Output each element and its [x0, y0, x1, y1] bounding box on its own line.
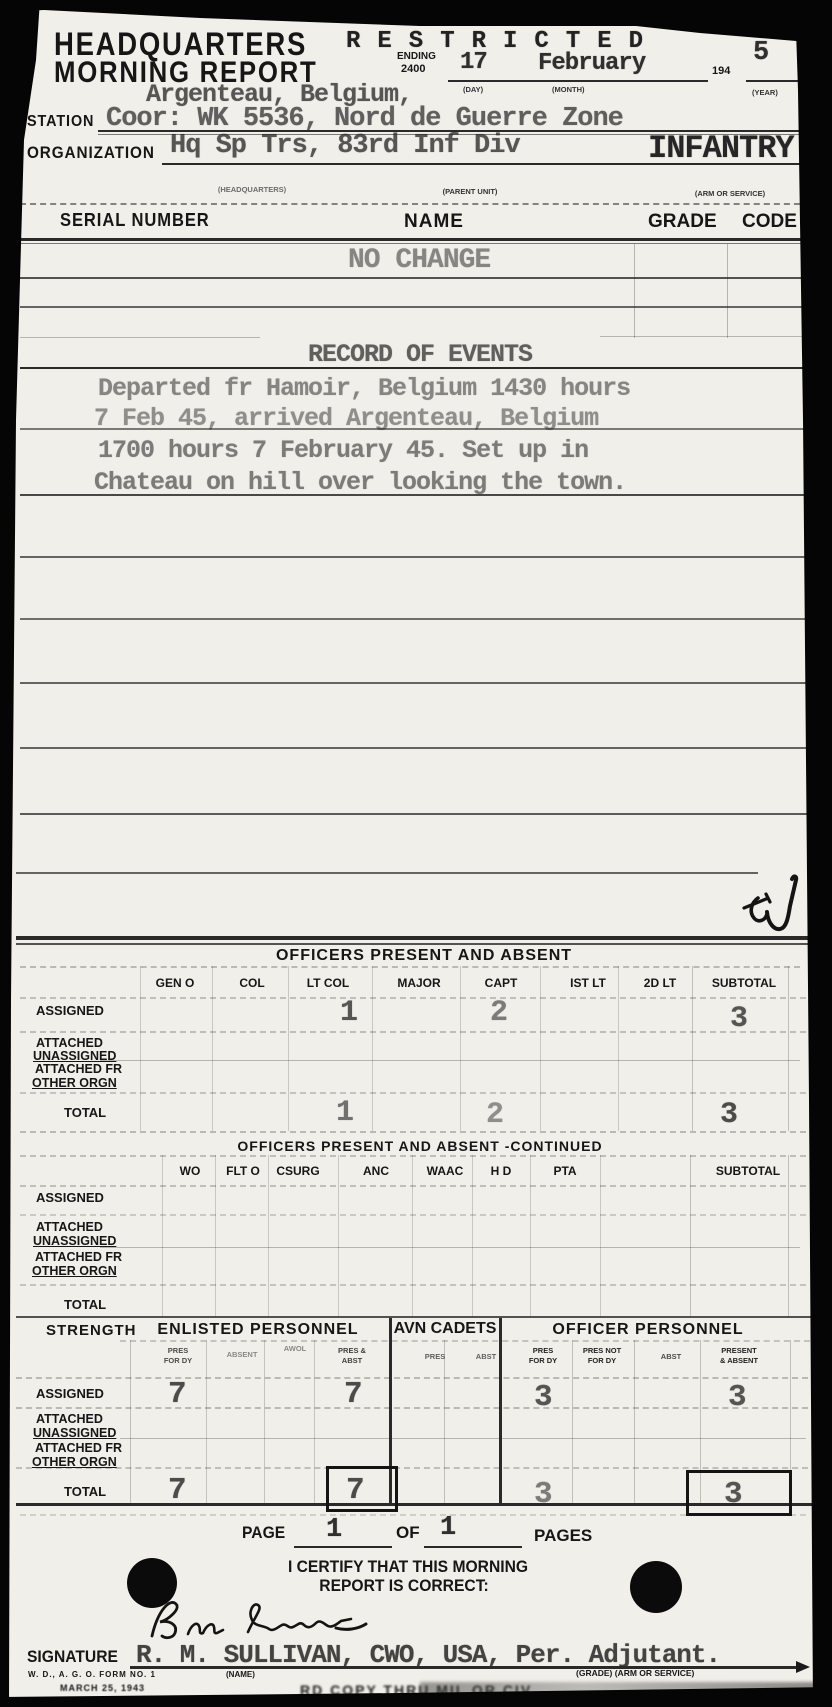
row-label: ATTACHED — [36, 1221, 103, 1234]
table-cell-value: 7 — [168, 1379, 186, 1410]
pages-label: PAGES — [534, 1527, 592, 1544]
column-divider — [288, 966, 289, 1131]
row-label: UNASSIGNED — [33, 1427, 116, 1440]
group-header: OFFICER PERSONNEL — [552, 1322, 743, 1338]
column-divider — [206, 1340, 207, 1503]
ruled-line — [130, 1666, 802, 1669]
ruled-line — [18, 243, 812, 244]
headquarters-sublabel: (HEADQUARTERS) — [218, 186, 286, 194]
scanned-morning-report-page: HEADQUARTERS RESTRICTED MORNING REPORT E… — [0, 0, 832, 1707]
table-cell-value: 1 — [336, 1098, 353, 1128]
table-cell-value: 7 — [344, 1379, 362, 1410]
strength-label: STRENGTH — [46, 1323, 137, 1338]
ruled-line — [16, 1316, 812, 1318]
column-header: CSURG — [276, 1165, 319, 1177]
column-divider — [460, 966, 461, 1131]
ruled-line — [20, 1214, 806, 1216]
column-divider — [444, 1340, 445, 1503]
form-number: W. D., A. G. O. FORM NO. 1 — [28, 1671, 156, 1679]
column-divider — [788, 1155, 789, 1316]
ruled-line — [16, 943, 816, 945]
ruled-line — [20, 367, 810, 369]
certify-line1: I CERTIFY THAT THIS MORNING — [288, 1558, 528, 1575]
name-sublabel: (NAME) — [226, 1671, 255, 1679]
column-header: COL — [239, 977, 264, 989]
row-label: ASSIGNED — [36, 1191, 104, 1204]
ruled-line — [120, 1438, 806, 1439]
column-divider — [530, 1155, 531, 1316]
column-divider — [412, 1155, 413, 1316]
ruled-line — [16, 1407, 808, 1409]
name-header: NAME — [404, 212, 464, 231]
column-divider — [268, 1155, 269, 1316]
subcolumn-header: PRES NOT FOR DY — [583, 1346, 621, 1366]
ruled-line — [16, 872, 758, 874]
ruled-line — [294, 1546, 392, 1548]
column-divider — [540, 966, 541, 1131]
row-label: ATTACHED FR — [35, 1251, 122, 1264]
ruled-line — [20, 203, 810, 205]
column-divider — [600, 1155, 601, 1316]
row-label: TOTAL — [64, 1298, 106, 1311]
handwritten-signature — [140, 1594, 375, 1646]
ending-time: 2400 — [401, 64, 425, 75]
column-divider — [215, 1155, 216, 1316]
column-divider — [130, 1340, 131, 1503]
column-divider — [140, 966, 141, 1131]
row-label: ASSIGNED — [36, 1004, 104, 1017]
ruled-line — [20, 1185, 806, 1187]
hole-punch-right — [630, 1561, 682, 1613]
year-prefix: 194 — [712, 66, 730, 77]
ruled-line — [20, 618, 812, 620]
column-divider — [472, 1155, 473, 1316]
column-divider — [372, 966, 373, 1131]
ruled-line — [20, 494, 810, 496]
total-pages: 1 — [440, 1515, 455, 1542]
row-label: TOTAL — [64, 1106, 106, 1119]
ruled-line — [100, 1060, 800, 1061]
smudge-wash — [420, 1682, 830, 1700]
ruled-line — [16, 1467, 808, 1469]
subcolumn-header: PRES FOR DY — [164, 1346, 192, 1366]
column-header: ANC — [363, 1165, 389, 1177]
ruled-line — [600, 336, 810, 337]
ruled-line — [20, 813, 812, 815]
row-label: ATTACHED — [36, 1413, 103, 1426]
column-header: WAAC — [427, 1165, 464, 1177]
organization-value: Hq Sp Trs, 83rd Inf Div — [170, 133, 520, 160]
column-divider — [634, 1340, 635, 1503]
ruled-line — [20, 747, 812, 749]
ruled-line — [746, 80, 808, 82]
column-divider — [212, 966, 213, 1131]
ruled-line — [20, 556, 812, 558]
roster-entry: NO CHANGE — [348, 247, 490, 275]
column-header: CAPT — [485, 977, 518, 989]
ruled-line — [20, 1131, 806, 1133]
station-label: STATION — [27, 114, 94, 130]
handdrawn-box — [686, 1470, 792, 1516]
line-arrowhead — [796, 1661, 810, 1673]
ruled-line — [20, 966, 800, 968]
page-number: 1 — [326, 1517, 341, 1544]
row-label: OTHER ORGN — [32, 1265, 117, 1278]
ruled-line — [424, 1546, 522, 1548]
form-date: MARCH 25, 1943 — [60, 1684, 145, 1693]
ruled-line — [20, 306, 810, 308]
station-typed-line2: Coor: WK 5536, Nord de Guerre Zone — [106, 106, 623, 133]
column-divider — [338, 1155, 339, 1316]
signature-typed-name: R. M. SULLIVAN, CWO, USA, Per. Adjutant. — [136, 1642, 720, 1668]
subcolumn-header: PRESENT & ABSENT — [720, 1346, 758, 1366]
row-label: ASSIGNED — [36, 1387, 104, 1400]
ruled-line — [20, 428, 808, 430]
subcolumn-header: PRES & ABST — [338, 1346, 366, 1366]
arm-of-service-value: INFANTRY — [648, 133, 794, 165]
table-cell-value: 1 — [340, 998, 357, 1028]
handwritten-checkmark — [740, 874, 806, 944]
ruled-line — [120, 1340, 810, 1342]
row-label: OTHER ORGN — [32, 1077, 117, 1090]
serial-number-header: SERIAL NUMBER — [60, 211, 210, 229]
column-header: LT COL — [307, 977, 349, 989]
column-divider — [634, 244, 635, 338]
subcolumn-header: PRES — [425, 1352, 445, 1362]
column-header: H D — [491, 1165, 512, 1177]
subcolumn-header: ABST — [476, 1352, 496, 1362]
day-sublabel: (DAY) — [463, 86, 483, 94]
month-sublabel: (MONTH) — [552, 86, 585, 94]
date-year-value: 5 — [753, 40, 768, 67]
code-header: CODE — [742, 212, 797, 231]
year-sublabel: (YEAR) — [752, 89, 778, 97]
grade-arm-sublabel: (GRADE) (ARM OR SERVICE) — [576, 1669, 694, 1678]
arm-of-service-sublabel: (ARM OR SERVICE) — [695, 190, 765, 198]
signature-label: SIGNATURE — [27, 1648, 118, 1665]
table-cell-value: 2 — [486, 1100, 503, 1130]
ruled-line — [100, 1247, 800, 1248]
table-cell-value: 7 — [168, 1475, 186, 1506]
column-divider — [788, 966, 789, 1131]
column-header: WO — [180, 1165, 201, 1177]
ruled-line — [20, 1092, 806, 1094]
table-cell-value: 3 — [720, 1100, 737, 1130]
ruled-line — [448, 80, 708, 82]
ruled-line — [16, 936, 816, 940]
record-line: 1700 hours 7 February 45. Set up in — [98, 438, 588, 463]
column-divider — [727, 244, 728, 338]
ruled-line — [16, 1377, 808, 1379]
column-divider — [618, 966, 619, 1131]
certify-line2: REPORT IS CORRECT: — [319, 1577, 488, 1594]
ruled-line — [20, 997, 806, 999]
date-day-value: 17 — [460, 51, 487, 75]
column-header: FLT O — [226, 1165, 260, 1177]
record-line: Chateau on hill over looking the town. — [94, 470, 626, 495]
column-header: IST LT — [570, 977, 606, 989]
column-header: SUBTOTAL — [712, 977, 776, 989]
subcolumn-header: ABSENT — [227, 1350, 258, 1360]
column-divider — [264, 1340, 265, 1503]
subcolumn-header: ABST — [661, 1352, 681, 1362]
parent-unit-sublabel: (PARENT UNIT) — [443, 188, 498, 196]
avn-cadets-right-border — [499, 1318, 502, 1506]
record-line: Departed fr Hamoir, Belgium 1430 hours — [98, 376, 630, 401]
row-label: ATTACHED — [36, 1037, 103, 1050]
column-header: SUBTOTAL — [716, 1165, 780, 1177]
column-header: PTA — [553, 1165, 576, 1177]
column-divider — [162, 1155, 163, 1316]
ruled-line — [20, 1031, 806, 1033]
page-label: PAGE — [242, 1524, 285, 1541]
handdrawn-box — [326, 1466, 398, 1512]
column-divider — [692, 966, 693, 1131]
row-label: ATTACHED FR — [35, 1442, 122, 1455]
column-divider — [572, 1340, 573, 1503]
officers-continued-title: OFFICERS PRESENT AND ABSENT -CONTINUED — [237, 1139, 602, 1153]
group-header: AVN CADETS — [394, 1321, 497, 1337]
ruled-line — [20, 1284, 806, 1286]
ruled-line — [162, 163, 808, 165]
ending-label: ENDING — [397, 52, 436, 62]
ruled-line — [20, 1155, 806, 1157]
subcolumn-header: PRES FOR DY — [529, 1346, 557, 1366]
grade-header: GRADE — [648, 212, 717, 231]
column-divider — [690, 1155, 691, 1316]
record-of-events-title: RECORD OF EVENTS — [308, 342, 532, 367]
of-label: OF — [396, 1524, 420, 1541]
subcolumn-header: AWOL — [284, 1344, 307, 1354]
organization-label: ORGANIZATION — [27, 144, 155, 161]
group-header: ENLISTED PERSONNEL — [157, 1322, 358, 1338]
row-label: ATTACHED FR — [35, 1063, 122, 1076]
ruled-line — [18, 238, 812, 241]
row-label: UNASSIGNED — [33, 1235, 116, 1248]
column-divider — [314, 1340, 315, 1503]
row-label: TOTAL — [64, 1485, 106, 1498]
officers-table-title: OFFICERS PRESENT AND ABSENT — [276, 948, 572, 964]
ruled-line — [20, 682, 812, 684]
ruled-line — [20, 337, 260, 338]
column-header: GEN O — [156, 977, 195, 989]
ruled-line — [20, 277, 808, 279]
column-header: 2D LT — [644, 977, 676, 989]
table-cell-value: 2 — [490, 998, 507, 1028]
table-cell-value: 3 — [730, 1004, 747, 1034]
date-month-value: February — [538, 52, 645, 76]
column-header: MAJOR — [397, 977, 440, 989]
